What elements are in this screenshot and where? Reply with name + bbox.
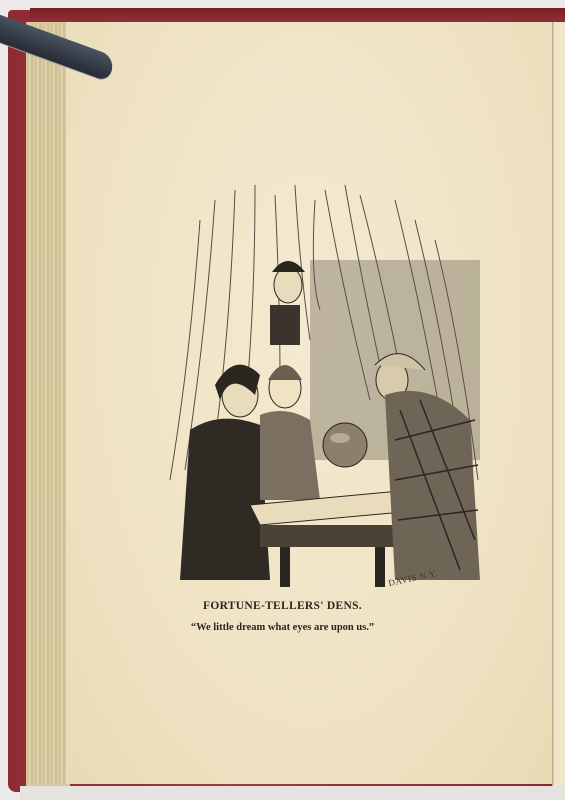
engraving-illustration [160, 180, 490, 590]
page-stack-edges [26, 22, 70, 786]
caption-title: FORTUNE-TELLERS' DENS. [0, 600, 565, 612]
page-right-edge [552, 22, 565, 786]
caption-quote: “We little dream what eyes are upon us.” [0, 622, 565, 633]
table-surface [20, 786, 565, 800]
